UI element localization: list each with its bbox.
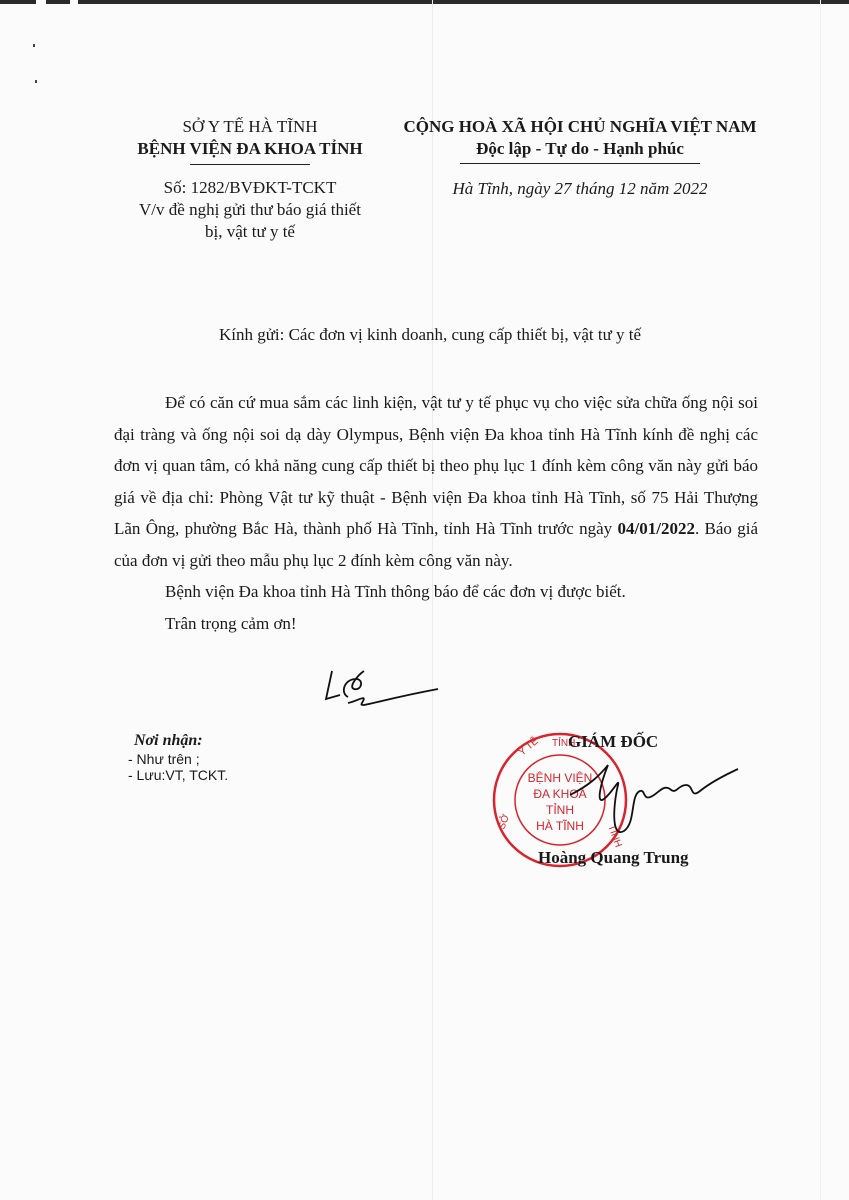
body-paragraph: Bệnh viện Đa khoa tỉnh Hà Tĩnh thông báo… [114,576,758,608]
signer-title: GIÁM ĐỐC [568,732,658,752]
document-number: Số: 1282/BVĐKT-TCKT [100,177,400,199]
issuer-block: SỞ Y TẾ HÀ TĨNH BỆNH VIỆN ĐA KHOA TỈNH S… [100,116,400,243]
national-header: CỘNG HOÀ XÃ HỘI CHỦ NGHĨA VIỆT NAM Độc l… [380,116,780,200]
scan-speck [35,80,37,83]
distribution-list: Nơi nhận: - Như trên ; - Lưu:VT, TCKT. [116,733,228,783]
scan-top-border [0,0,849,4]
salutation: Kính gửi: Các đơn vị kinh doanh, cung cấ… [100,325,760,345]
nation-name: CỘNG HOÀ XÃ HỘI CHỦ NGHĨA VIỆT NAM [380,116,780,138]
organization-name: BỆNH VIỆN ĐA KHOA TỈNH [100,138,400,160]
deadline-date: 04/01/2022 [618,519,695,538]
place-date: Hà Tĩnh, ngày 27 tháng 12 năm 2022 [380,178,780,200]
signer-name: Hoàng Quang Trung [538,848,689,868]
subject-line: V/v đề nghị gửi thư báo giá thiết [100,199,400,221]
body-text: Để có căn cứ mua sắm các linh kiện, vật … [114,393,758,538]
distribution-item: - Như trên ; [128,751,228,767]
distribution-title: Nơi nhận: [134,733,228,749]
distribution-item: - Lưu:VT, TCKT. [128,767,228,783]
closing-line: Trân trọng cảm ơn! [114,608,758,640]
motto-underline [460,163,700,164]
body-paragraph: Để có căn cứ mua sắm các linh kiện, vật … [114,387,758,576]
initials-signature-icon [318,665,448,710]
ministry-name: SỞ Y TẾ HÀ TĨNH [100,116,400,138]
scan-speck [33,44,35,47]
national-motto: Độc lập - Tự do - Hạnh phúc [380,138,780,160]
director-signature-icon [560,755,740,845]
letter-body: Để có căn cứ mua sắm các linh kiện, vật … [114,387,758,639]
header-underline [190,164,310,165]
scan-fold-line [820,0,821,1200]
subject-line: bị, vật tư y tế [100,221,400,243]
